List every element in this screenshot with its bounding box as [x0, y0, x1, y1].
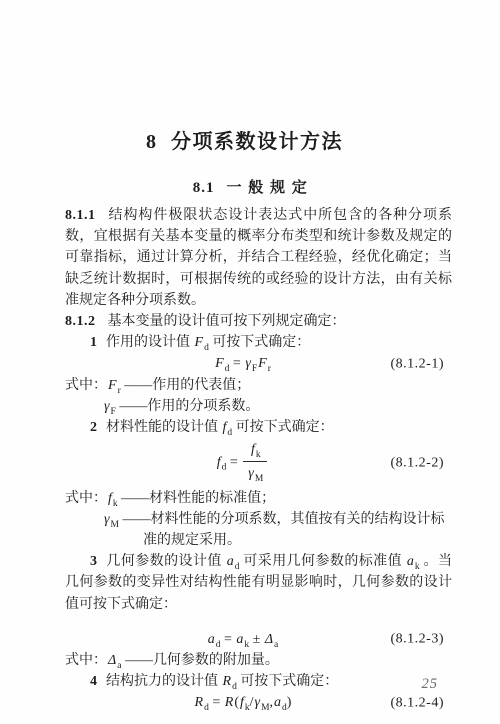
item-3-number: 3 — [90, 554, 97, 569]
clause-8-1-2: 8.1.2基本变量的设计值可按下列规定确定： — [65, 311, 452, 332]
clause-8-1-1-text: 结构构件极限状态设计表达式中所包含的各种分项系数，宜根据有关基本变量的概率分布类… — [65, 208, 452, 308]
item-4-text: 结构抗力的设计值 Rd 可按下式确定： — [106, 674, 338, 689]
section-heading-text: 一 般 规 定 — [226, 180, 308, 196]
equation-8-1-2-2: fd = fkγM (8.1.2-2) — [65, 438, 452, 487]
chapter-number: 8 — [146, 131, 156, 153]
equation-8-1-2-2-body: fd = fkγM — [216, 440, 270, 485]
section-heading: 8.1一 般 规 定 — [57, 176, 444, 197]
chapter-title-text: 分项系数设计方法 — [171, 131, 343, 153]
equation-8-1-2-3-body: ad = ak ± Δa — [207, 629, 279, 650]
list-item-1: 1作用的设计值 Fd 可按下式确定： — [65, 332, 452, 353]
document-page: 8分项系数设计方法 8.1一 般 规 定 8.1.1结构构件极限状态设计表达式中… — [0, 0, 500, 724]
equation-8-1-2-3: ad = ak ± Δa (8.1.2-3) — [65, 629, 452, 650]
equation-8-1-2-4-number: (8.1.2-4) — [391, 692, 445, 713]
list-item-4: 4结构抗力的设计值 Rd 可按下式确定： — [65, 671, 452, 692]
page-number: 25 — [422, 676, 439, 693]
section-number: 8.1 — [193, 180, 215, 196]
equation-8-1-2-1-body: Fd = γFFr — [214, 353, 271, 374]
item-1-text: 作用的设计值 Fd 可按下式确定： — [106, 335, 310, 350]
where-line-gammaF-text: γF ——作用的分项系数。 — [103, 399, 259, 414]
item-4-number: 4 — [90, 674, 97, 689]
clause-8-1-2-number: 8.1.2 — [65, 314, 96, 329]
where-line-gammaM: γM ——材料性能的分项系数，其值按有关的结构设计标准的规定采用。 — [103, 509, 452, 551]
equation-8-1-2-1: Fd = γFFr (8.1.2-1) — [65, 353, 452, 374]
clause-8-1-2-text: 基本变量的设计值可按下列规定确定： — [108, 314, 346, 329]
where-line-deltaA-text: 式中：Δa ——几何参数的附加量。 — [65, 653, 279, 668]
where-line-Fr-text: 式中：Fr ——作用的代表值； — [65, 378, 250, 393]
page-content: 8分项系数设计方法 8.1一 般 规 定 8.1.1结构构件极限状态设计表达式中… — [0, 0, 500, 714]
equation-8-1-2-3-number: (8.1.2-3) — [391, 629, 445, 650]
list-item-3: 3几何参数的设计值 ad 可采用几何参数的标准值 ak 。当几何参数的变异性对结… — [65, 551, 452, 615]
item-3-text: 几何参数的设计值 ad 可采用几何参数的标准值 ak 。当几何参数的变异性对结构… — [65, 554, 452, 611]
list-item-2: 2材料性能的设计值 fd 可按下式确定： — [65, 417, 452, 438]
clause-8-1-1-number: 8.1.1 — [65, 208, 96, 223]
where-line-fk-text: 式中：fk ——材料性能的标准值； — [65, 491, 275, 506]
clause-8-1-1: 8.1.1结构构件极限状态设计表达式中所包含的各种分项系数，宜根据有关基本变量的… — [65, 205, 452, 311]
equation-8-1-2-4-body: Rd = R(fk/γM,ad) — [194, 692, 292, 713]
where-line-Fr: 式中：Fr ——作用的代表值； — [65, 375, 452, 396]
item-1-number: 1 — [90, 335, 97, 350]
chapter-title: 8分项系数设计方法 — [51, 125, 438, 154]
where-line-fk: 式中：fk ——材料性能的标准值； — [65, 488, 452, 509]
where-line-deltaA: 式中：Δa ——几何参数的附加量。 — [65, 650, 452, 671]
equation-8-1-2-4: Rd = R(fk/γM,ad) (8.1.2-4) — [65, 692, 452, 713]
equation-8-1-2-2-number: (8.1.2-2) — [391, 452, 445, 473]
where-line-gammaM-text: γM ——材料性能的分项系数，其值按有关的结构设计标准的规定采用。 — [103, 512, 444, 548]
where-line-gammaF: γF ——作用的分项系数。 — [103, 396, 452, 417]
item-2-number: 2 — [90, 420, 97, 435]
item-2-text: 材料性能的设计值 fd 可按下式确定： — [106, 420, 334, 435]
equation-8-1-2-1-number: (8.1.2-1) — [391, 353, 445, 374]
